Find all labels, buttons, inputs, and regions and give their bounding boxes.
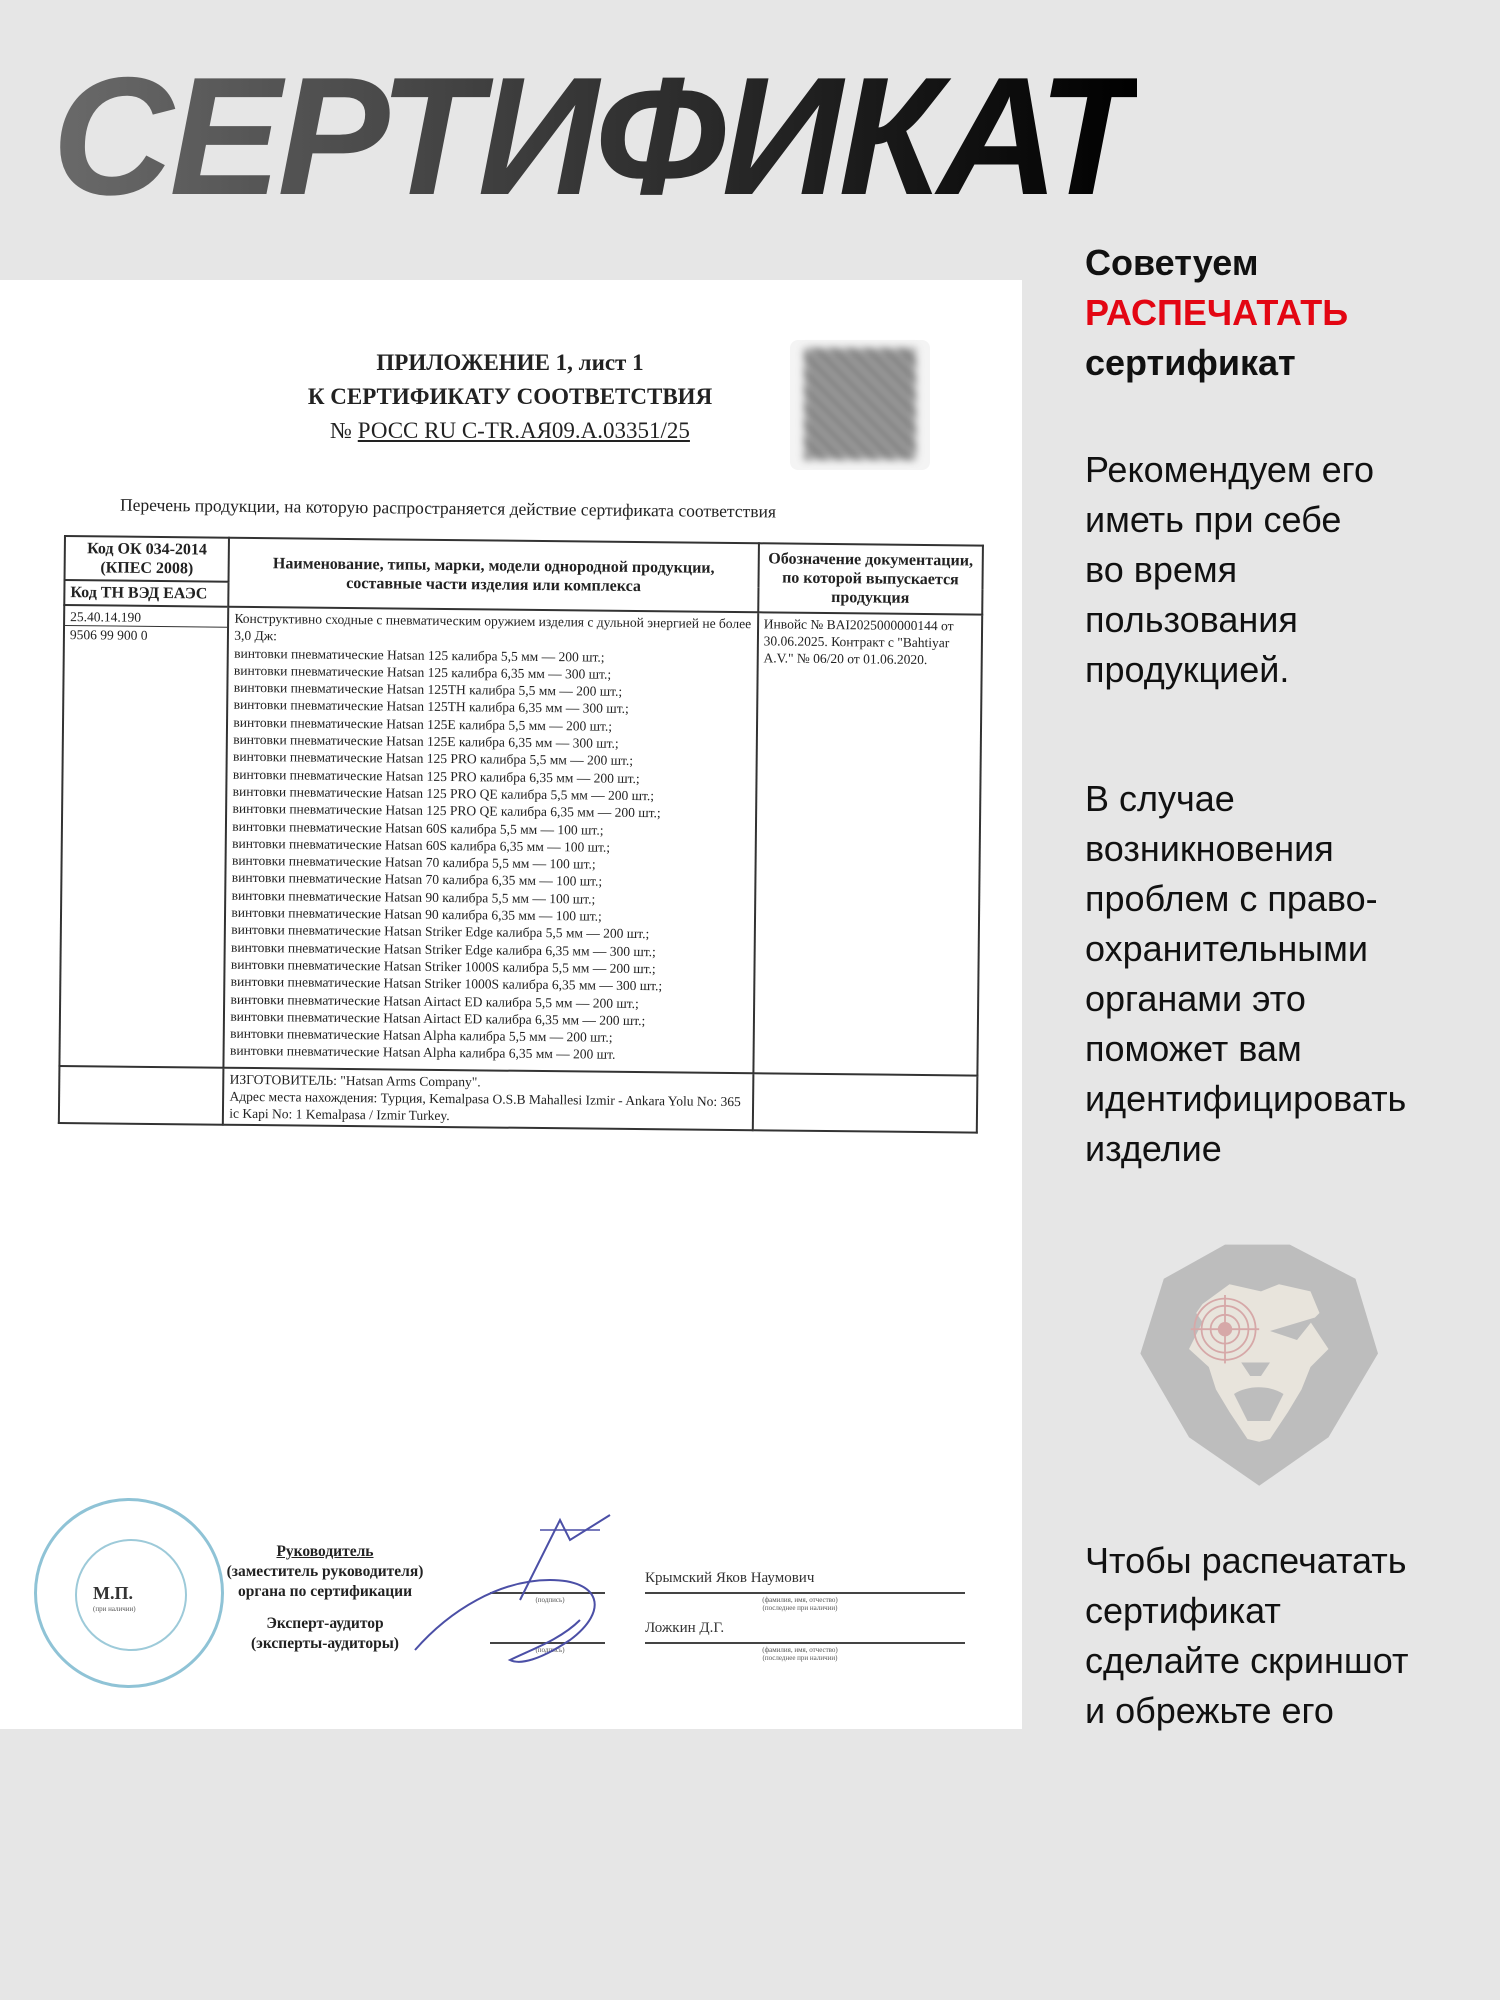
signature-scribble-icon <box>410 1500 630 1670</box>
screenshot-instructions: Чтобы распечатать сертификат сделайте ск… <box>1085 1536 1408 1736</box>
certification-stamp: М.П. (при наличии) <box>34 1498 224 1688</box>
page-title: СЕРТИФИКАТ <box>52 52 1137 220</box>
certificate-number: РОСС RU C-TR.АЯ09.A.03351/25 <box>358 418 690 443</box>
document-heading: ПРИЛОЖЕНИЕ 1, лист 1 К СЕРТИФИКАТУ СООТВ… <box>230 346 790 448</box>
certificate-number-row: № РОСС RU C-TR.АЯ09.A.03351/25 <box>230 414 790 448</box>
certificate-title: К СЕРТИФИКАТУ СООТВЕТСТВИЯ <box>230 380 790 414</box>
signer-name-1: Крымский Яков Наумович <box>645 1570 814 1587</box>
code-tnved: 9506 99 900 0 <box>70 626 223 645</box>
code-okpd: 25.40.14.190 <box>65 608 228 628</box>
certificate-document: ПРИЛОЖЕНИЕ 1, лист 1 К СЕРТИФИКАТУ СООТВ… <box>0 280 1022 1729</box>
col-header-name: Наименование, типы, марки, модели одноро… <box>229 538 759 613</box>
items-intro: Конструктивно сходные с пневматическим о… <box>234 610 752 650</box>
manufacturer-cell: ИЗГОТОВИТЕЛЬ: "Hatsan Arms Company". Адр… <box>223 1068 753 1131</box>
col-header-docs: Обозначение документации, по которой вып… <box>758 543 983 614</box>
list-caption: Перечень продукции, на которую распростр… <box>120 495 776 523</box>
carry-advice: Рекомендуем его иметь при себе во время … <box>1085 445 1374 695</box>
lion-shield-target-logo-icon <box>1135 1232 1405 1502</box>
law-enforcement-advice: В случае возникновения проблем с право- … <box>1085 774 1406 1174</box>
items-cell: Конструктивно сходные с пневматическим о… <box>224 607 758 1074</box>
print-highlight: РАСПЕЧАТАТЬ <box>1085 288 1348 338</box>
qr-code-icon <box>790 340 930 470</box>
manufacturer-address: Адрес места нахождения: Турция, Kemalpas… <box>229 1088 747 1127</box>
products-table: Код ОК 034-2014 (КПЕС 2008) Наименование… <box>58 535 984 1134</box>
col-header-tnved: Код ТН ВЭД ЕАЭС <box>64 580 229 607</box>
col-header-codes: Код ОК 034-2014 (КПЕС 2008) <box>65 536 230 582</box>
appendix-title: ПРИЛОЖЕНИЕ 1, лист 1 <box>230 346 790 380</box>
doc-reference: Инвойс № BAI2025000000144 от 30.06.2025.… <box>753 612 982 1075</box>
signer-name-2: Ложкин Д.Г. <box>645 1620 724 1637</box>
codes-cell: 25.40.14.190 9506 99 900 0 <box>59 605 228 1068</box>
print-advice: Советуем РАСПЕЧАТАТЬ сертификат <box>1085 238 1348 388</box>
